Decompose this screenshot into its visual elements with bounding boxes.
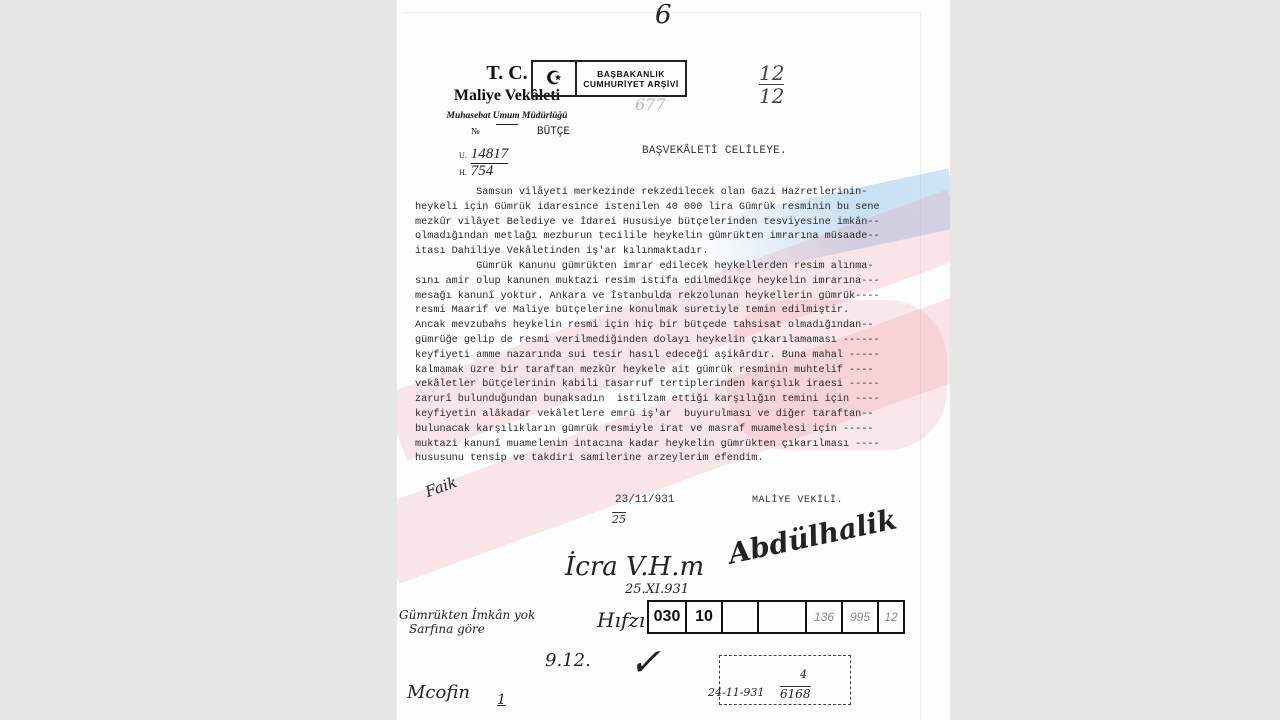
date-sub: 25 bbox=[612, 512, 626, 526]
classification-box: 030 bbox=[649, 602, 687, 632]
classification-box bbox=[759, 602, 807, 632]
handwritten-fraction: 12 12 bbox=[759, 62, 784, 107]
body-line: mesağı kanunî yoktur. Ankara ve İstanbul… bbox=[415, 290, 915, 305]
body-line: kalmamak üzre bir taraftan mezkûr heykel… bbox=[415, 364, 915, 379]
classification-box bbox=[723, 602, 759, 632]
margin-note: Gümrükten İmkân yok Sarfına göre bbox=[399, 608, 535, 636]
stamp-line-2: CUMHURİYET ARŞİVİ bbox=[583, 79, 679, 89]
body-line: Gümrük Kanunu gümrükten imrar edilecek h… bbox=[415, 260, 915, 275]
receipt-stamp: 24-11-931 4 6168 bbox=[719, 655, 851, 705]
signer-title: MALİYE VEKİLİ. bbox=[752, 495, 843, 506]
u-number: 14817 bbox=[471, 146, 509, 164]
receipt-numerator: 4 bbox=[800, 668, 807, 681]
section-label: BÜTÇE bbox=[537, 126, 570, 138]
margin-signature: Mcofin bbox=[407, 682, 470, 703]
handwritten-page-number: 6 bbox=[655, 0, 672, 30]
body-line: Ancak mevzubahs heykelin resmi için hiç … bbox=[415, 319, 915, 334]
letter-body: Samsun vilâyeti merkezinde rekzedilecek … bbox=[415, 186, 915, 467]
h-number: 754 bbox=[471, 163, 494, 179]
department-name: Muhasebat Umum Müdürlüğü bbox=[437, 109, 577, 123]
body-line: gümrüğe gelip de resmi verilmediğinden d… bbox=[415, 334, 915, 349]
body-line: muktazi kanunî muamelenin intacına kadar… bbox=[415, 438, 915, 453]
classification-box: 10 bbox=[687, 602, 723, 632]
reference-numbers: U.14817 H.754 bbox=[459, 146, 508, 180]
body-line: keyfiyeti amme nazarında sui tesir hasıl… bbox=[415, 349, 915, 364]
classification-boxes: 0301013699512 bbox=[647, 600, 905, 634]
margin-note-line-1: Gümrükten İmkân yok bbox=[399, 608, 535, 622]
body-line: itası Dahiliye Vekâletinden iş'ar kılınm… bbox=[415, 245, 915, 260]
handwritten-note: İcra V.H.m bbox=[565, 552, 704, 582]
classification-box: 136 bbox=[807, 602, 843, 632]
u-label: U. bbox=[459, 151, 467, 160]
margin-name: Hıfzı bbox=[597, 608, 645, 632]
body-line: resmi Maarif ve Maliye bütçelerine konul… bbox=[415, 304, 915, 319]
fraction-top: 12 bbox=[759, 62, 784, 84]
body-line: mezkûr vilâyet Belediye ve İdarei Hususi… bbox=[415, 216, 915, 231]
crescent-star-icon: ☪ bbox=[533, 62, 577, 95]
body-line: vekâletler bütçelerinin kabili tasarruf … bbox=[415, 378, 915, 393]
handwritten-date: 25.XI.931 bbox=[625, 582, 689, 597]
body-line: olmadığından metlağı mezburun tecilile h… bbox=[415, 230, 915, 245]
receipt-denominator: 6168 bbox=[780, 686, 811, 701]
body-line: keyfiyetin alâkadar vekâletlere emrü iş'… bbox=[415, 408, 915, 423]
faint-handwritten-number: 677 bbox=[635, 95, 666, 114]
receipt-date: 24-11-931 bbox=[708, 686, 764, 699]
body-line: bulunacak karşılıkların gümrük resmiyle … bbox=[415, 423, 915, 438]
divider bbox=[496, 124, 518, 125]
classification-box: 12 bbox=[879, 602, 903, 632]
archive-stamp: ☪ BAŞBAKANLIK CUMHURİYET ARŞİVİ bbox=[531, 60, 687, 97]
number-label: № bbox=[471, 126, 480, 136]
body-line: Samsun vilâyeti merkezinde rekzedilecek … bbox=[415, 186, 915, 201]
check-mark-icon: ✓ bbox=[629, 640, 661, 684]
h-label: H. bbox=[459, 168, 467, 177]
margin-note-line-2: Sarfına göre bbox=[399, 622, 535, 636]
body-line: zarurî bulunduğundan bunaksadın istilzam… bbox=[415, 393, 915, 408]
margin-date: 9.12. bbox=[545, 650, 591, 671]
addressee: BAŞVEKÂLETİ CELİLEYE. bbox=[642, 145, 787, 157]
margin-number: 1 bbox=[497, 692, 506, 708]
body-line: heykeli için Gümrük idaresince istenilen… bbox=[415, 201, 915, 216]
document-page: 6 677 12 12 T. C. Maliye Vekâleti Muhase… bbox=[397, 0, 950, 720]
classification-box: 995 bbox=[843, 602, 879, 632]
body-line: hususunu tensip ve takdiri samilerine ar… bbox=[415, 452, 915, 467]
body-line: sını amir olup kanunen muktazi resim ist… bbox=[415, 275, 915, 290]
letter-date: 23/11/931 bbox=[615, 494, 674, 506]
fraction-bottom: 12 bbox=[759, 84, 784, 107]
stamp-line-1: BAŞBAKANLIK bbox=[597, 69, 665, 79]
